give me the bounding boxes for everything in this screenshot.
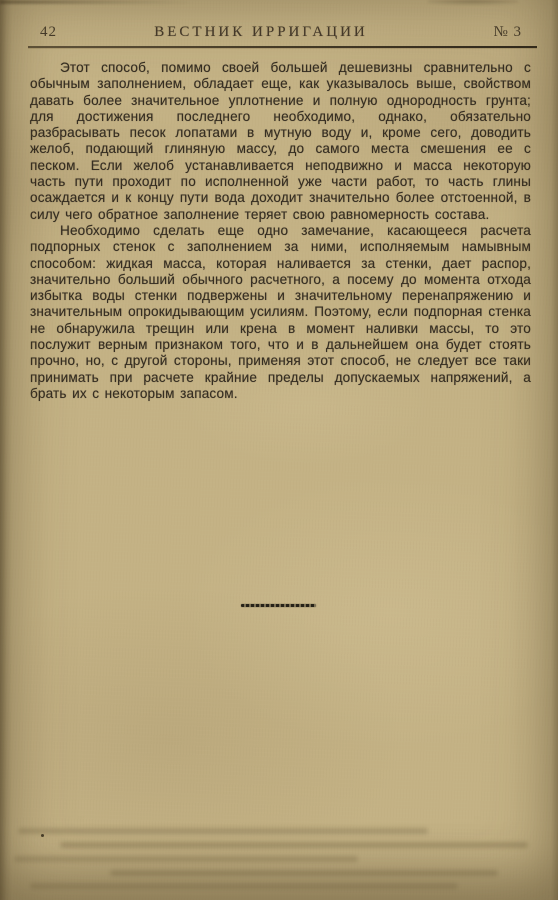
scan-shadow-top-right: [428, 0, 518, 6]
paragraph: Этот способ, помимо своей большей дешеви…: [30, 60, 531, 223]
journal-title: ВЕСТНИК ИРРИГАЦИИ: [154, 24, 367, 41]
header-rule: [28, 46, 537, 48]
bleed-through-texture: [0, 820, 558, 900]
bleed-line: [14, 856, 358, 862]
page-header: 42 ВЕСТНИК ИРРИГАЦИИ № 3: [0, 22, 558, 44]
bleed-line: [60, 842, 528, 848]
scan-shadow-left: [0, 0, 12, 900]
paragraph: Необходимо сделать еще одно замечание, к…: [30, 223, 531, 402]
page-number: 42: [40, 24, 57, 41]
issue-number: № 3: [493, 24, 522, 41]
bleed-line: [110, 870, 498, 876]
article-text: Этот способ, помимо своей большей дешеви…: [30, 60, 531, 402]
scan-shadow-right: [551, 0, 558, 900]
bleed-line: [18, 828, 428, 834]
ink-speck: [41, 834, 44, 837]
scanned-page: 42 ВЕСТНИК ИРРИГАЦИИ № 3 Этот способ, по…: [0, 0, 558, 900]
bleed-line: [30, 883, 458, 889]
section-divider-rule: [241, 604, 316, 607]
scan-shadow-top: [0, 0, 190, 4]
